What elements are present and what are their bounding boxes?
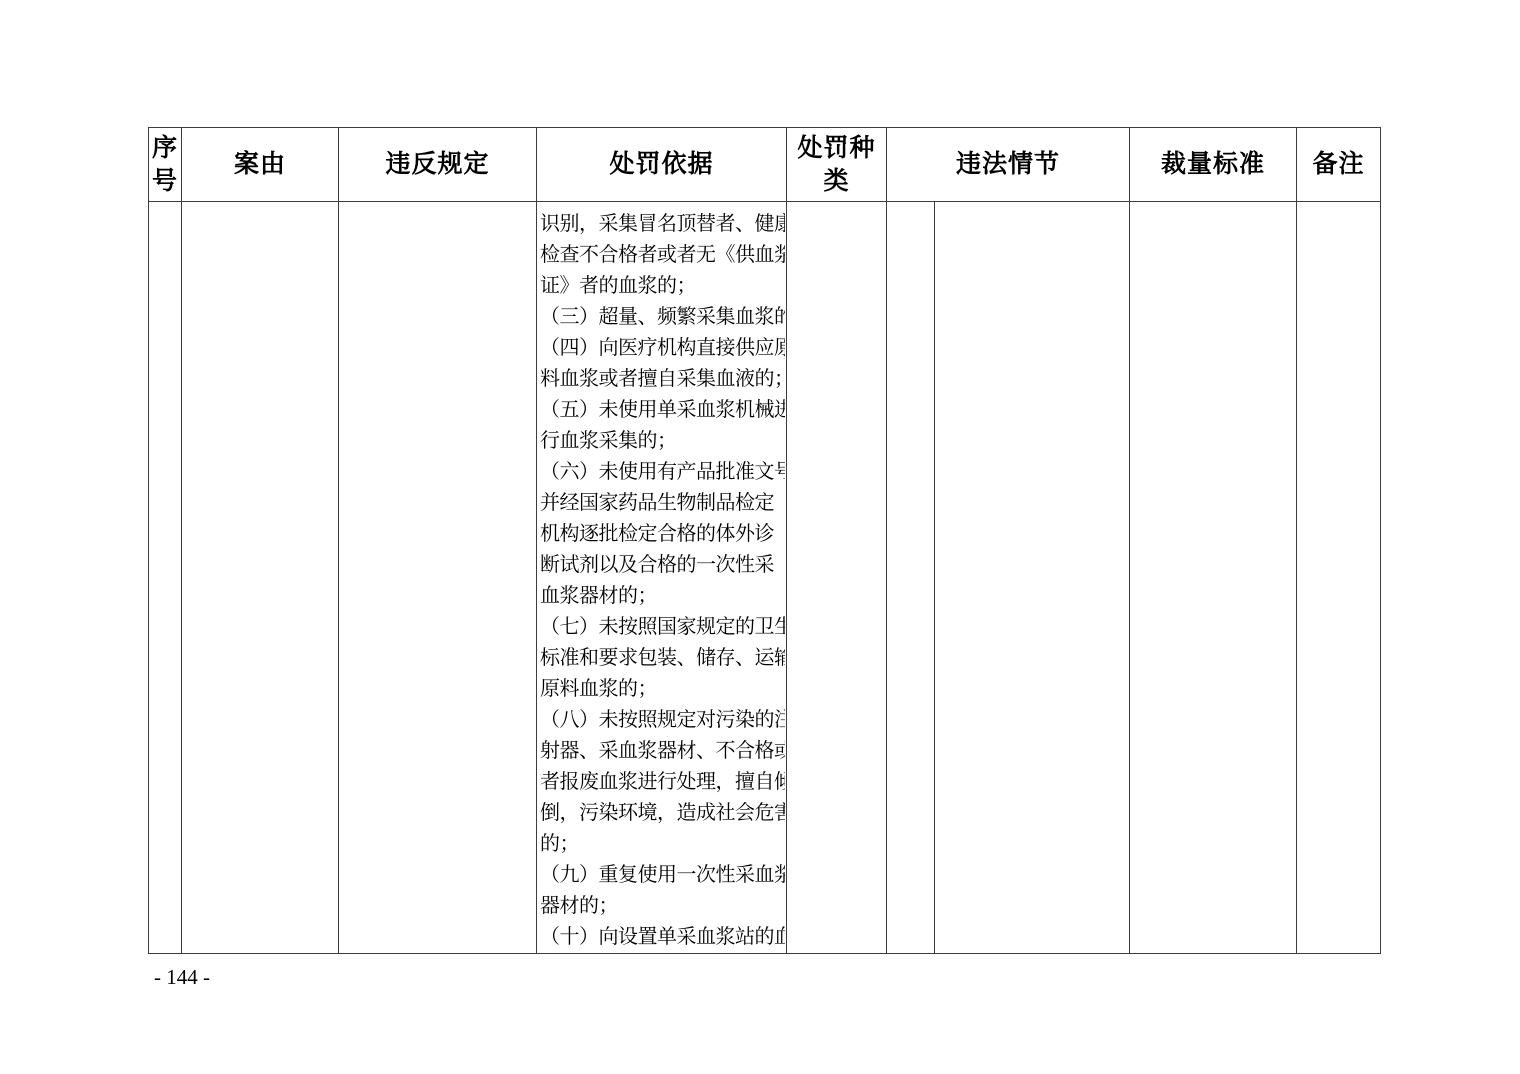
- header-discretion-standard: 裁量标准: [1130, 128, 1297, 202]
- basis-line: 行血浆采集的；: [540, 426, 785, 457]
- cell-circumstance-index: [887, 202, 935, 954]
- basis-line: 血浆器材的；: [540, 581, 785, 612]
- header-remarks: 备注: [1297, 128, 1381, 202]
- document-page: 序号 案由 违反规定 处罚依据 处罚种类 违法情节 裁量标准 备注 识别，采集冒…: [0, 0, 1520, 1074]
- cell-violated-rules: [339, 202, 537, 954]
- table-body: 识别，采集冒名顶替者、健康检查不合格者或者无《供血浆证》者的血浆的；（三）超量、…: [149, 202, 1381, 954]
- penalty-standards-table: 序号 案由 违反规定 处罚依据 处罚种类 违法情节 裁量标准 备注 识别，采集冒…: [148, 127, 1381, 954]
- header-penalty-type: 处罚种类: [787, 128, 887, 202]
- basis-line: 倒，污染环境，造成社会危害: [540, 798, 785, 829]
- penalty-basis-text: 识别，采集冒名顶替者、健康检查不合格者或者无《供血浆证》者的血浆的；（三）超量、…: [537, 202, 786, 953]
- page-number: - 144 -: [154, 965, 210, 990]
- basis-line: 断试剂以及合格的一次性采: [540, 550, 785, 581]
- header-penalty-basis: 处罚依据: [537, 128, 787, 202]
- table-row: 识别，采集冒名顶替者、健康检查不合格者或者无《供血浆证》者的血浆的；（三）超量、…: [149, 202, 1381, 954]
- cell-circumstance-text: [935, 202, 1130, 954]
- basis-line: 射器、采血浆器材、不合格或: [540, 736, 785, 767]
- basis-line: （八）未按照规定对污染的注: [540, 705, 785, 736]
- basis-line: 的；: [540, 829, 785, 860]
- table-header-row: 序号 案由 违反规定 处罚依据 处罚种类 违法情节 裁量标准 备注: [149, 128, 1381, 202]
- cell-serial-number: [149, 202, 182, 954]
- basis-line: 原料血浆的；: [540, 674, 785, 705]
- cell-remarks: [1297, 202, 1381, 954]
- basis-line: 检查不合格者或者无《供血浆: [540, 240, 785, 271]
- basis-line: 标准和要求包装、储存、运输: [540, 643, 785, 674]
- basis-line: （三）超量、频繁采集血浆的；: [540, 302, 785, 333]
- basis-line: （九）重复使用一次性采血浆: [540, 860, 785, 891]
- cell-cause: [182, 202, 339, 954]
- basis-line: 并经国家药品生物制品检定: [540, 488, 785, 519]
- cell-discretion-standard: [1130, 202, 1297, 954]
- basis-line: 机构逐批检定合格的体外诊: [540, 519, 785, 550]
- basis-line: （十）向设置单采血浆站的血: [540, 922, 785, 953]
- basis-line: 料血浆或者擅自采集血液的；: [540, 364, 785, 395]
- basis-line: 者报废血浆进行处理，擅自倾: [540, 767, 785, 798]
- header-violated-rules: 违反规定: [339, 128, 537, 202]
- header-serial-number: 序号: [149, 128, 182, 202]
- basis-line: （五）未使用单采血浆机械进: [540, 395, 785, 426]
- cell-penalty-basis: 识别，采集冒名顶替者、健康检查不合格者或者无《供血浆证》者的血浆的；（三）超量、…: [537, 202, 787, 954]
- header-cause: 案由: [182, 128, 339, 202]
- header-illegal-circumstances: 违法情节: [887, 128, 1130, 202]
- basis-line: （四）向医疗机构直接供应原: [540, 333, 785, 364]
- cell-penalty-type: [787, 202, 887, 954]
- basis-line: （六）未使用有产品批准文号: [540, 457, 785, 488]
- basis-line: 器材的；: [540, 891, 785, 922]
- basis-line: 识别，采集冒名顶替者、健康: [540, 209, 785, 240]
- basis-line: （七）未按照国家规定的卫生: [540, 612, 785, 643]
- basis-line: 证》者的血浆的；: [540, 271, 785, 302]
